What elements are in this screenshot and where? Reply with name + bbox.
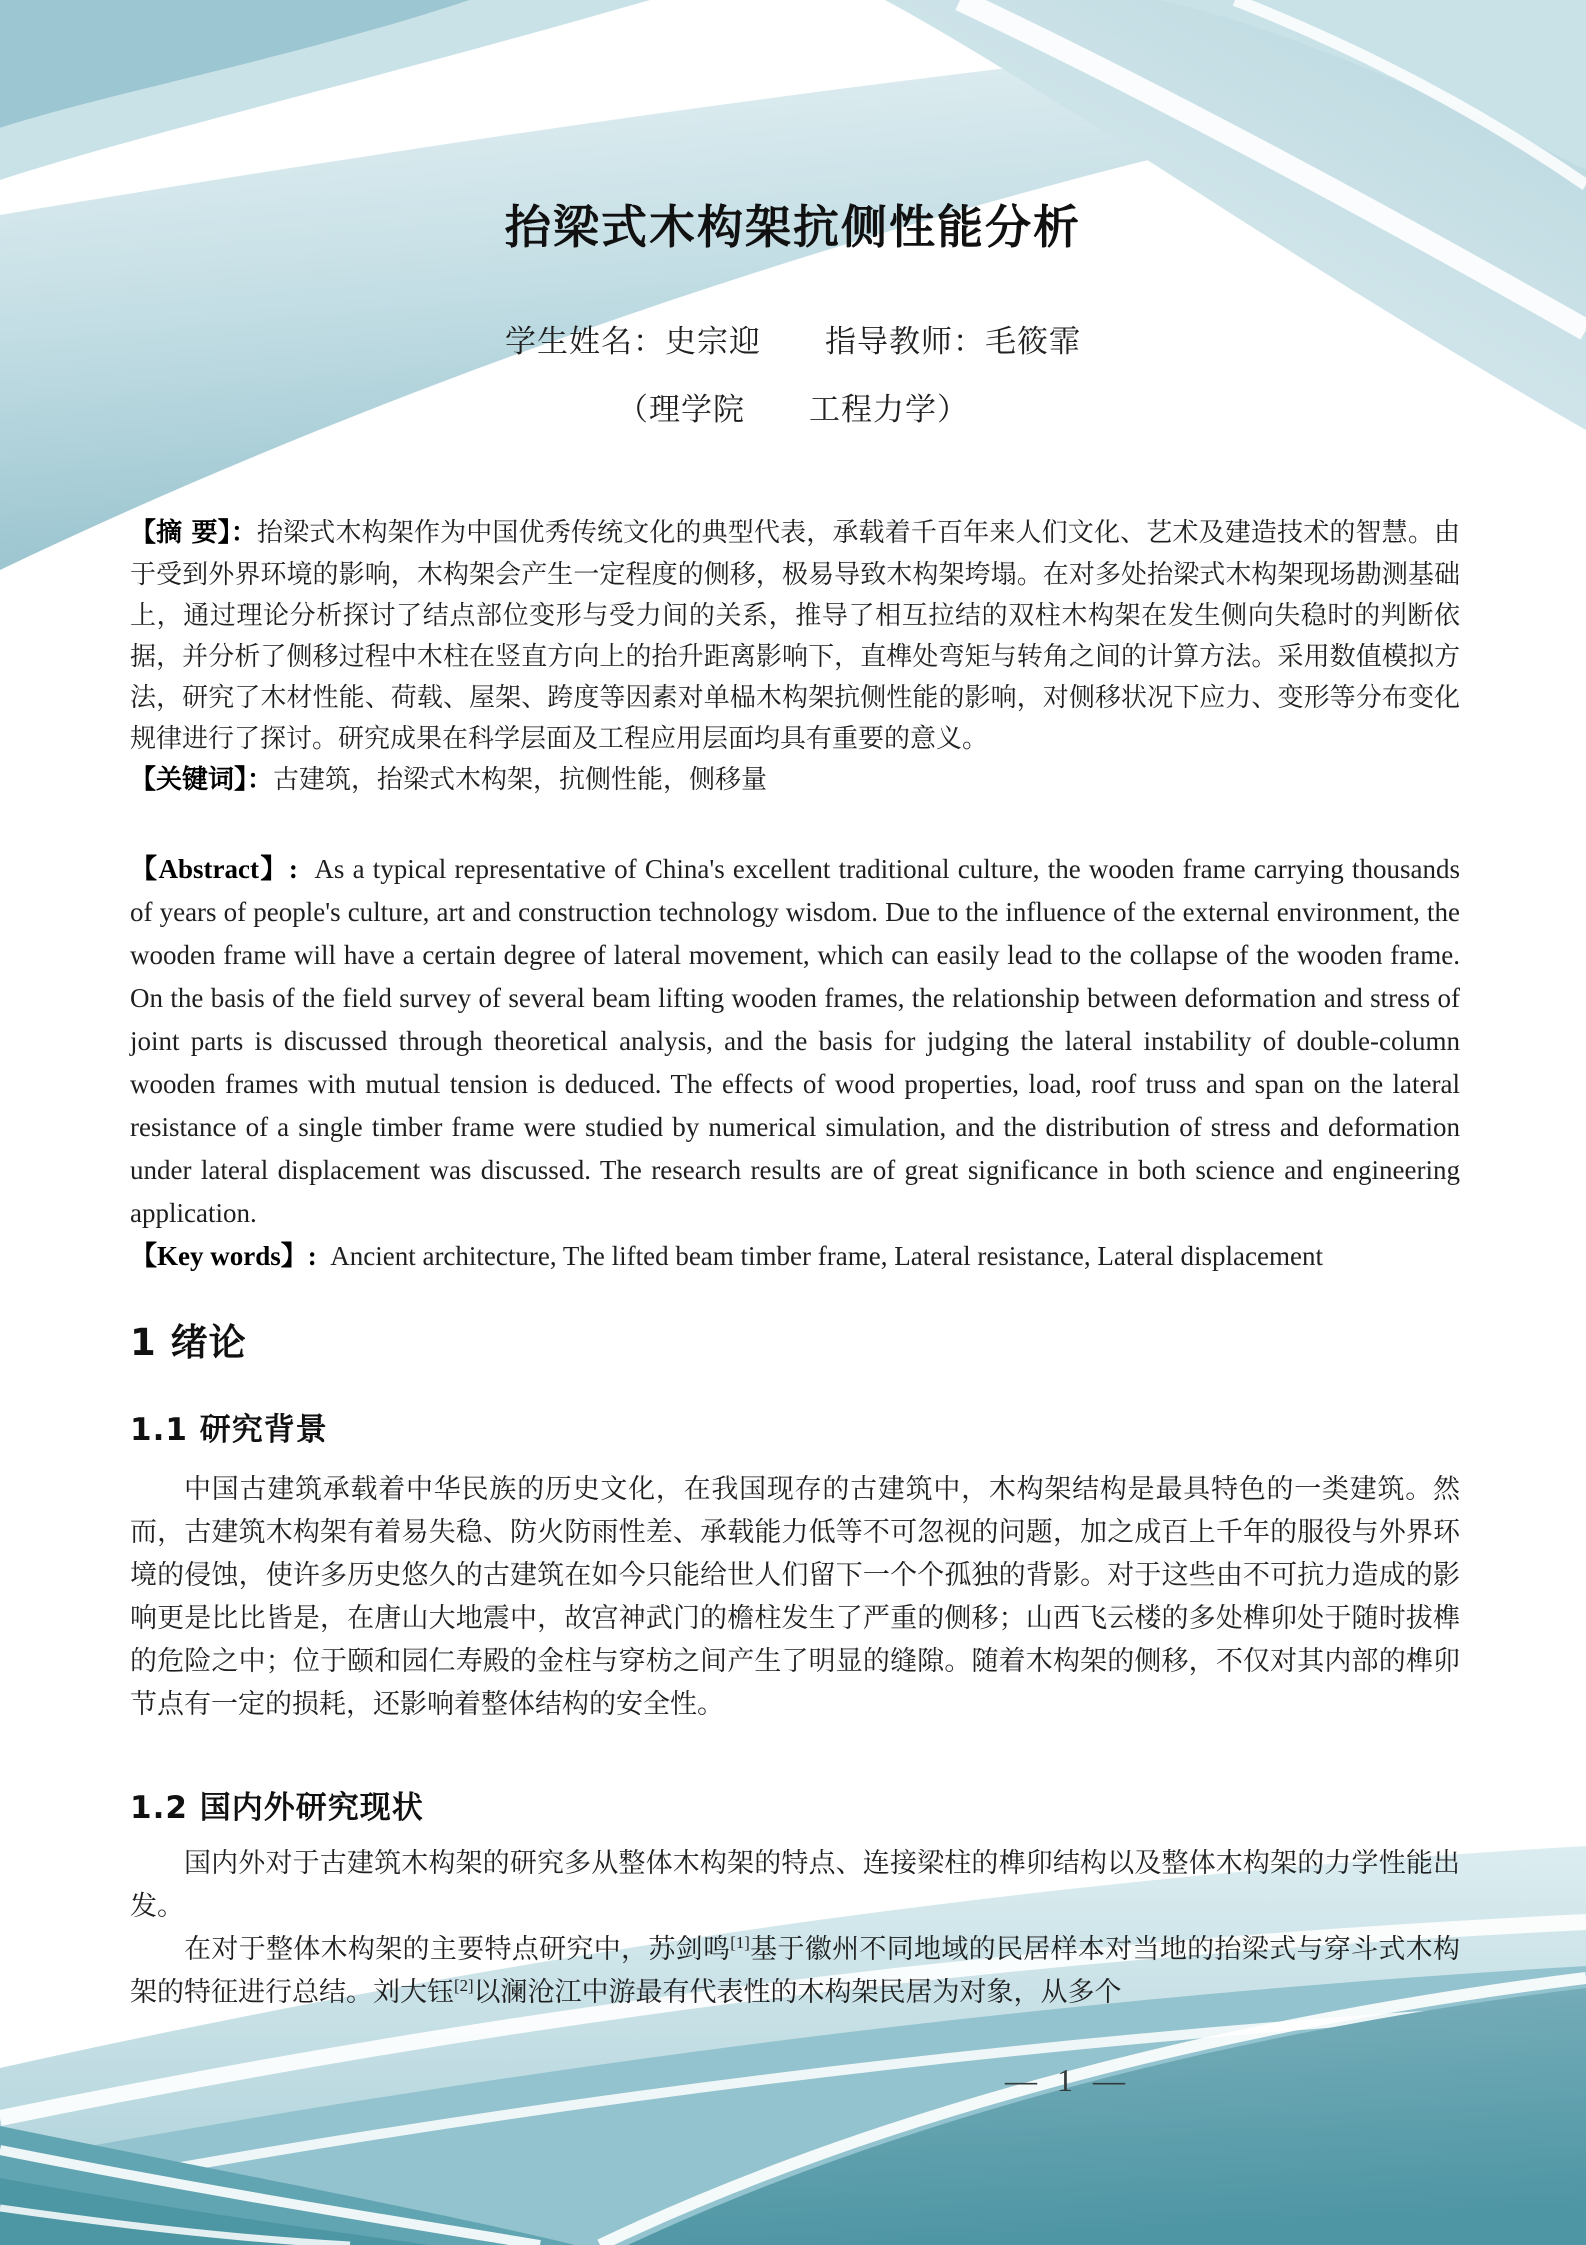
- section-1-1-body: 中国古建筑承载着中华民族的历史文化，在我国现存的古建筑中，木构架结构是最具特色的…: [130, 1468, 1460, 1726]
- citation-ref-2: [2]: [454, 1976, 474, 1995]
- english-abstract-block: 【Abstract】: As a typical representative …: [130, 848, 1460, 1278]
- page-number: — 1 —: [1005, 2062, 1131, 2099]
- section-1-2-body: 国内外对于古建筑木构架的研究多从整体木构架的特点、连接梁柱的榫卯结构以及整体木构…: [130, 1842, 1460, 2014]
- english-abstract-label: 【Abstract】:: [130, 854, 298, 884]
- english-abstract-text: As a typical representative of China's e…: [130, 854, 1460, 1228]
- section-1-1-heading: 1.1 研究背景: [130, 1404, 328, 1449]
- english-abstract: 【Abstract】: As a typical representative …: [130, 848, 1460, 1235]
- english-keywords-text: Ancient architecture, The lifted beam ti…: [330, 1241, 1323, 1271]
- paper-page: 抬梁式木构架抗侧性能分析 学生姓名：史宗迎 指导教师：毛筱霏 （理学院 工程力学…: [0, 0, 1586, 2245]
- section-1-heading: 1 绪论: [130, 1312, 247, 1366]
- chinese-abstract-label: 【摘 要】：: [130, 518, 257, 548]
- paper-title: 抬梁式木构架抗侧性能分析: [0, 202, 1586, 253]
- english-keywords: 【Key words】: Ancient architecture, The l…: [130, 1235, 1460, 1278]
- section-1-2-paragraph-1: 国内外对于古建筑木构架的研究多从整体木构架的特点、连接梁柱的榫卯结构以及整体木构…: [130, 1842, 1460, 1928]
- chinese-keywords-text: 古建筑，抬梁式木构架，抗侧性能，侧移量: [273, 765, 767, 794]
- affiliation: （理学院 工程力学）: [0, 384, 1586, 429]
- section-1-2-heading: 1.2 国内外研究现状: [130, 1782, 424, 1827]
- english-keywords-label: 【Key words】:: [130, 1241, 317, 1271]
- para2-text-pre: 在对于整体木构架的主要特点研究中，苏剑鸣: [184, 1934, 730, 1964]
- chinese-keywords-label: 【关键词】：: [130, 765, 273, 795]
- chinese-abstract: 【摘 要】：抬梁式木构架作为中国优秀传统文化的典型代表，承载着千百年来人们文化、…: [130, 512, 1460, 759]
- chinese-abstract-text: 抬梁式木构架作为中国优秀传统文化的典型代表，承载着千百年来人们文化、艺术及建造技…: [130, 518, 1460, 753]
- chinese-abstract-block: 【摘 要】：抬梁式木构架作为中国优秀传统文化的典型代表，承载着千百年来人们文化、…: [130, 512, 1460, 801]
- section-1-1-paragraph: 中国古建筑承载着中华民族的历史文化，在我国现存的古建筑中，木构架结构是最具特色的…: [130, 1468, 1460, 1726]
- chinese-keywords: 【关键词】：古建筑，抬梁式木构架，抗侧性能，侧移量: [130, 759, 1460, 801]
- section-1-2-paragraph-2: 在对于整体木构架的主要特点研究中，苏剑鸣[1]基于徽州不同地域的民居样本对当地的…: [130, 1928, 1460, 2014]
- page-content: 抬梁式木构架抗侧性能分析 学生姓名：史宗迎 指导教师：毛筱霏 （理学院 工程力学…: [0, 0, 1586, 2245]
- citation-ref-1: [1]: [730, 1933, 750, 1952]
- author-byline: 学生姓名：史宗迎 指导教师：毛筱霏: [0, 316, 1586, 361]
- para2-text-post: 以澜沧江中游最有代表性的木构架民居为对象，从多个: [474, 1977, 1122, 2007]
